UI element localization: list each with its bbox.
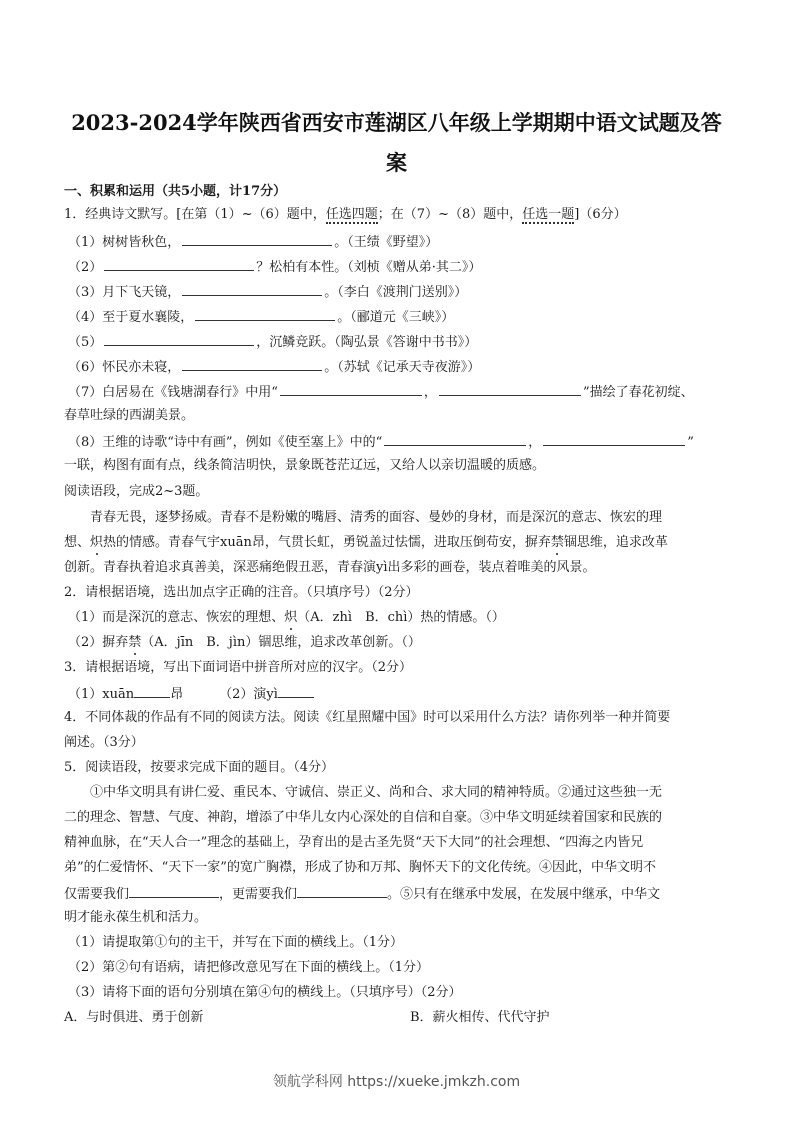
q1-item-6-prefix: （6）怀民亦未寝， [68,360,180,375]
q2-item-2-text: （2）摒弃 [68,635,128,650]
question-3-stem: 3．请根据语境，写出下面词语中拼音所对应的汉字。（2分） [64,660,412,676]
q3-item-2-pinyin: （2）演yì [219,687,278,702]
answer-blank[interactable] [182,283,322,296]
passage1-text: 热的情感。青春气宇xuān昂，气贯长虹，勇锐盖过怯懦，进取压倒苟安，摒弃 [103,535,551,550]
answer-blank[interactable] [129,885,219,898]
dotted-character: 禁 [551,535,564,551]
q1-item-7-continued: 春草吐绿的西湖美景。 [64,408,194,424]
answer-blank[interactable] [439,383,581,396]
q1-item-8: （8）王维的诗歌“诗中有画”，例如《使至塞上》中的“，” [68,433,694,451]
q1-item-5-prefix: （5） [68,335,102,350]
q1-item-4-source: 。（郦道元《三峡》） [337,310,454,325]
q1-item-2-source: ？松柏有本性。（刘桢《赠从弟·其二》） [256,260,481,275]
question-2-stem: 2．请根据语境，选出加点字正确的注音。（只填序号）（2分） [64,585,419,601]
q1-text-e: ]（6分） [574,207,626,222]
q1-item-6: （6）怀民亦未寝，。（苏轼《记承天寺夜游》） [68,358,480,376]
q1-item-1-prefix: （1）树树皆秋色， [68,235,180,250]
q5-option-a: A．与时俱进、勇于创新 [64,1010,203,1026]
passage1-line1: 青春无畏，逐梦扬威。青春不是粉嫩的嘴唇、清秀的面容、曼妙的身材，而是深沉的意志、… [90,510,662,526]
q1-item-4: （4）至于夏水襄陵，。（郦道元《三峡》） [68,308,454,326]
q1-text-c: ；在（7）~（8）题中， [378,207,522,222]
q1-item-7-comma: ， [424,385,437,400]
section-heading: 一、积累和运用（共5小题，计17分） [64,184,286,200]
passage2-line3: 精神血脉，在“天人合一”理念的基础上，孕育出的是古圣先贤“天下大同”的社会理想、… [64,835,643,851]
passage2-text: 仅需要我们 [64,887,129,902]
q2-item-1: （1）而是深沉的意志、恢宏的理想、炽（A．zhì B．chì）热的情感。（） [68,610,505,626]
footer-watermark: 领航学科网 https://xueke.jmkzh.com [0,1071,793,1091]
dotted-character: 炽 [284,610,297,626]
q1-item-8-prefix: （8）王维的诗歌“诗中有画”，例如《使至塞上》中的“ [68,435,382,450]
answer-blank[interactable] [134,685,170,698]
passage2-line6: 明才能永葆生机和活力。 [64,910,207,926]
q1-item-7-prefix: （7）白居易在《钱塘湖春行》中用“ [68,385,278,400]
q1-emphasis-1: 任选四题 [326,207,378,224]
answer-blank[interactable] [297,885,387,898]
q1-item-8-comma: ， [528,435,541,450]
q1-item-7-suffix: ”描绘了春花初绽、 [583,385,694,400]
answer-blank[interactable] [195,308,335,321]
q1-item-8-suffix: ” [687,435,694,450]
q2-item-1-options: （A．zhì B．chì）热的情感。（） [297,610,505,625]
question-4-line2: 阐述。（3分） [64,735,144,751]
q3-item-1-char: 昂 [170,687,183,702]
q3-item-1-pinyin: （1）xuān [68,687,134,702]
passage1-text: 想、 [64,535,90,550]
document-title-line1: 2023-2024学年陕西省西安市莲湖区八年级上学期期中语文试题及答 [60,107,733,137]
question-4-line1: 4．不同体裁的作品有不同的阅读方法。阅读《红星照耀中国》时可以采用什么方法？请你… [64,710,670,726]
dotted-character: 禁 [128,635,141,651]
q1-text-a: 1．经典诗文默写。[在第（1）~（6）题中， [64,207,326,222]
document-title-line2: 案 [60,147,733,177]
answer-blank[interactable] [104,333,254,346]
q1-item-4-prefix: （4）至于夏水襄陵， [68,310,193,325]
q5-item-2: （2）第②句有语病，请把修改意见写在下面的横线上。（1分） [68,960,429,976]
q1-item-3-source: 。（李白《渡荆门送别》） [324,285,467,300]
passage2-text: ，更需要我们 [219,887,297,902]
passage1-text: 锢思维，追求改革 [564,535,668,550]
answer-blank[interactable] [543,433,685,446]
passage2-line1: ①中华文明具有讲仁爱、重民本、守诚信、崇正义、尚和合、求大同的精神特质。②通过这… [90,785,662,801]
q1-item-5: （5），沉鳞竞跃。（陶弘景《答谢中书书》） [68,333,477,351]
q1-item-1-source: 。（王绩《野望》） [334,235,438,250]
answer-blank[interactable] [384,433,526,446]
q1-item-8-continued: 一联，构图有面有点，线条简洁明快，景象既苍茫辽远，又给人以亲切温暖的质感。 [64,458,545,474]
q1-item-5-source: ，沉鳞竞跃。（陶弘景《答谢中书书》） [256,335,477,350]
reading-intro: 阅读语段，完成2~3题。 [64,484,208,500]
q1-item-3: （3）月下飞天镜，。（李白《渡荆门送别》） [68,283,467,301]
q1-item-6-source: 。（苏轼《记承天寺夜游》） [324,360,480,375]
answer-blank[interactable] [182,233,332,246]
q2-item-1-text: （1）而是深沉的意志、恢宏的理想、 [68,610,284,625]
q1-item-2: （2）？松柏有本性。（刘桢《赠从弟·其二》） [68,258,481,276]
q2-item-2-options: （A．jīn B．jìn）锢思维，追求改革创新。（） [141,635,421,650]
passage2-line4: 弟”的仁爱情怀、“天下一家”的宽广胸襟，形成了协和万邦、胸怀天下的文化传统。④因… [64,860,656,876]
q5-item-1: （1）请提取第①句的主干，并写在下面的横线上。（1分） [68,935,403,951]
q5-item-3: （3）请将下面的语句分别填在第④句的横线上。（只填序号）（2分） [68,985,462,1001]
answer-blank[interactable] [104,258,254,271]
passage1-line3: 创新。青春执着追求真善美，深恶痛绝假丑恶，青春演yì出多彩的画卷，装点着唯美的风… [64,560,596,576]
dotted-character: 炽 [90,535,103,551]
q1-item-3-prefix: （3）月下飞天镜， [68,285,180,300]
passage2-line5: 仅需要我们，更需要我们。⑤只有在继承中发展，在发展中继承，中华文 [64,885,660,903]
q3-items: （1）xuān昂（2）演yì [68,685,314,703]
question-1-stem: 1．经典诗文默写。[在第（1）~（6）题中，任选四题；在（7）~（8）题中，任选… [64,207,627,223]
q1-item-2-prefix: （2） [68,260,102,275]
q1-item-1: （1）树树皆秋色，。（王绩《野望》） [68,233,438,251]
q2-item-2: （2）摒弃禁（A．jīn B．jìn）锢思维，追求改革创新。（） [68,635,421,651]
exam-page: 2023-2024学年陕西省西安市莲湖区八年级上学期期中语文试题及答 案 一、积… [0,0,793,1122]
answer-blank[interactable] [280,383,422,396]
q5-option-b: B．薪火相传、代代守护 [410,1010,550,1026]
answer-blank[interactable] [278,685,314,698]
q1-emphasis-2: 任选一题 [522,207,574,224]
passage1-line2: 想、炽热的情感。青春气宇xuān昂，气贯长虹，勇锐盖过怯懦，进取压倒苟安，摒弃禁… [64,535,668,551]
question-5-stem: 5．阅读语段，按要求完成下面的题目。（4分） [64,760,334,776]
q1-item-7: （7）白居易在《钱塘湖春行》中用“，”描绘了春花初绽、 [68,383,694,401]
answer-blank[interactable] [182,358,322,371]
passage2-line2: 二的理念、智慧、气度、神韵，增添了中华儿女内心深处的自信和自豪。③中华文明延续着… [64,810,662,826]
passage2-text: 。⑤只有在继承中发展，在发展中继承，中华文 [387,887,660,902]
